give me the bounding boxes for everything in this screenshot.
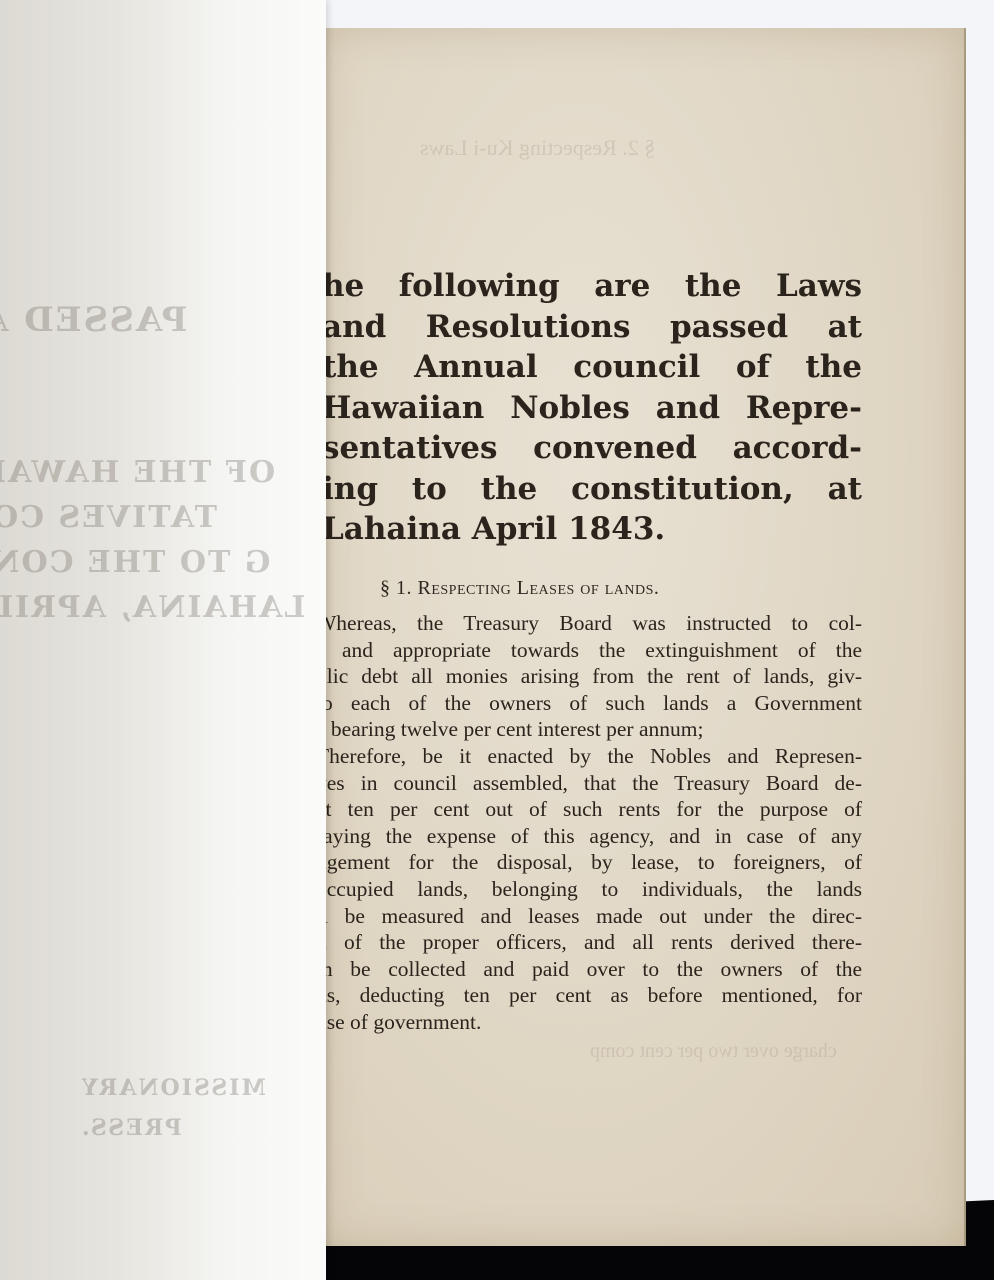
show-through-text: TATIVES CO (0, 500, 217, 535)
body-line: ll be measured and leases made out under… (316, 903, 862, 930)
body-line: e bearing twelve per cent interest per a… (316, 716, 862, 743)
body-line: ngement for the disposal, by lease, to f… (316, 849, 862, 876)
heading-line: ing to the constitution, at (322, 469, 862, 510)
body-line: use of government. (316, 1009, 862, 1036)
body-line: occupied lands, belonging to individuals… (316, 876, 862, 903)
body-line: : and appropriate towards the extinguish… (316, 637, 862, 664)
body-line: to each of the owners of such lands a Go… (316, 690, 862, 717)
heading-line: Hawaiian Nobles and Repre- (322, 388, 862, 429)
body-line: raying the expense of this agency, and i… (316, 823, 862, 850)
body-line: Whereas, the Treasury Board was instruct… (316, 610, 862, 637)
body-line: ct ten per cent out of such rents for th… (316, 796, 862, 823)
show-through-text: PASSED A (0, 300, 187, 340)
body-line: m be collected and paid over to the owne… (316, 956, 862, 983)
page-heading: he following are the Laws and Resolution… (322, 266, 862, 550)
body-line: ves in council assembled, that the Treas… (316, 770, 862, 797)
show-through-text: MISSIONARY (80, 1075, 266, 1101)
show-through-text: G TO THE CON (0, 545, 270, 580)
body-text: Whereas, the Treasury Board was instruct… (316, 610, 862, 1036)
show-through-text: OF THE HAWAI (0, 455, 275, 490)
heading-line: sentatives convened accord- (322, 428, 862, 469)
heading-line: he following are the Laws (322, 266, 862, 307)
show-through-text: LAHAINA, APRIL (0, 590, 306, 625)
body-line: Therefore, be it enacted by the Nobles a… (316, 743, 862, 770)
heading-line: and Resolutions passed at (322, 307, 862, 348)
show-through-text: PRESS. (80, 1115, 182, 1141)
heading-line: the Annual council of the (322, 347, 862, 388)
bleed-through-text: charge over two per cent comp (590, 1040, 837, 1063)
heading-line: Lahaina April 1843. (322, 509, 862, 550)
body-line: n of the proper officers, and all rents … (316, 929, 862, 956)
left-page: PASSED A OF THE HAWAI TATIVES CO G TO TH… (0, 0, 326, 1280)
section-title: § 1. Respecting Leases of lands. (380, 577, 659, 600)
body-line: ds, deducting ten per cent as before men… (316, 982, 862, 1009)
body-line: blic debt all monies arising from the re… (316, 663, 862, 690)
bleed-through-text: § 2. Respecting Ku-i Laws (420, 135, 655, 161)
